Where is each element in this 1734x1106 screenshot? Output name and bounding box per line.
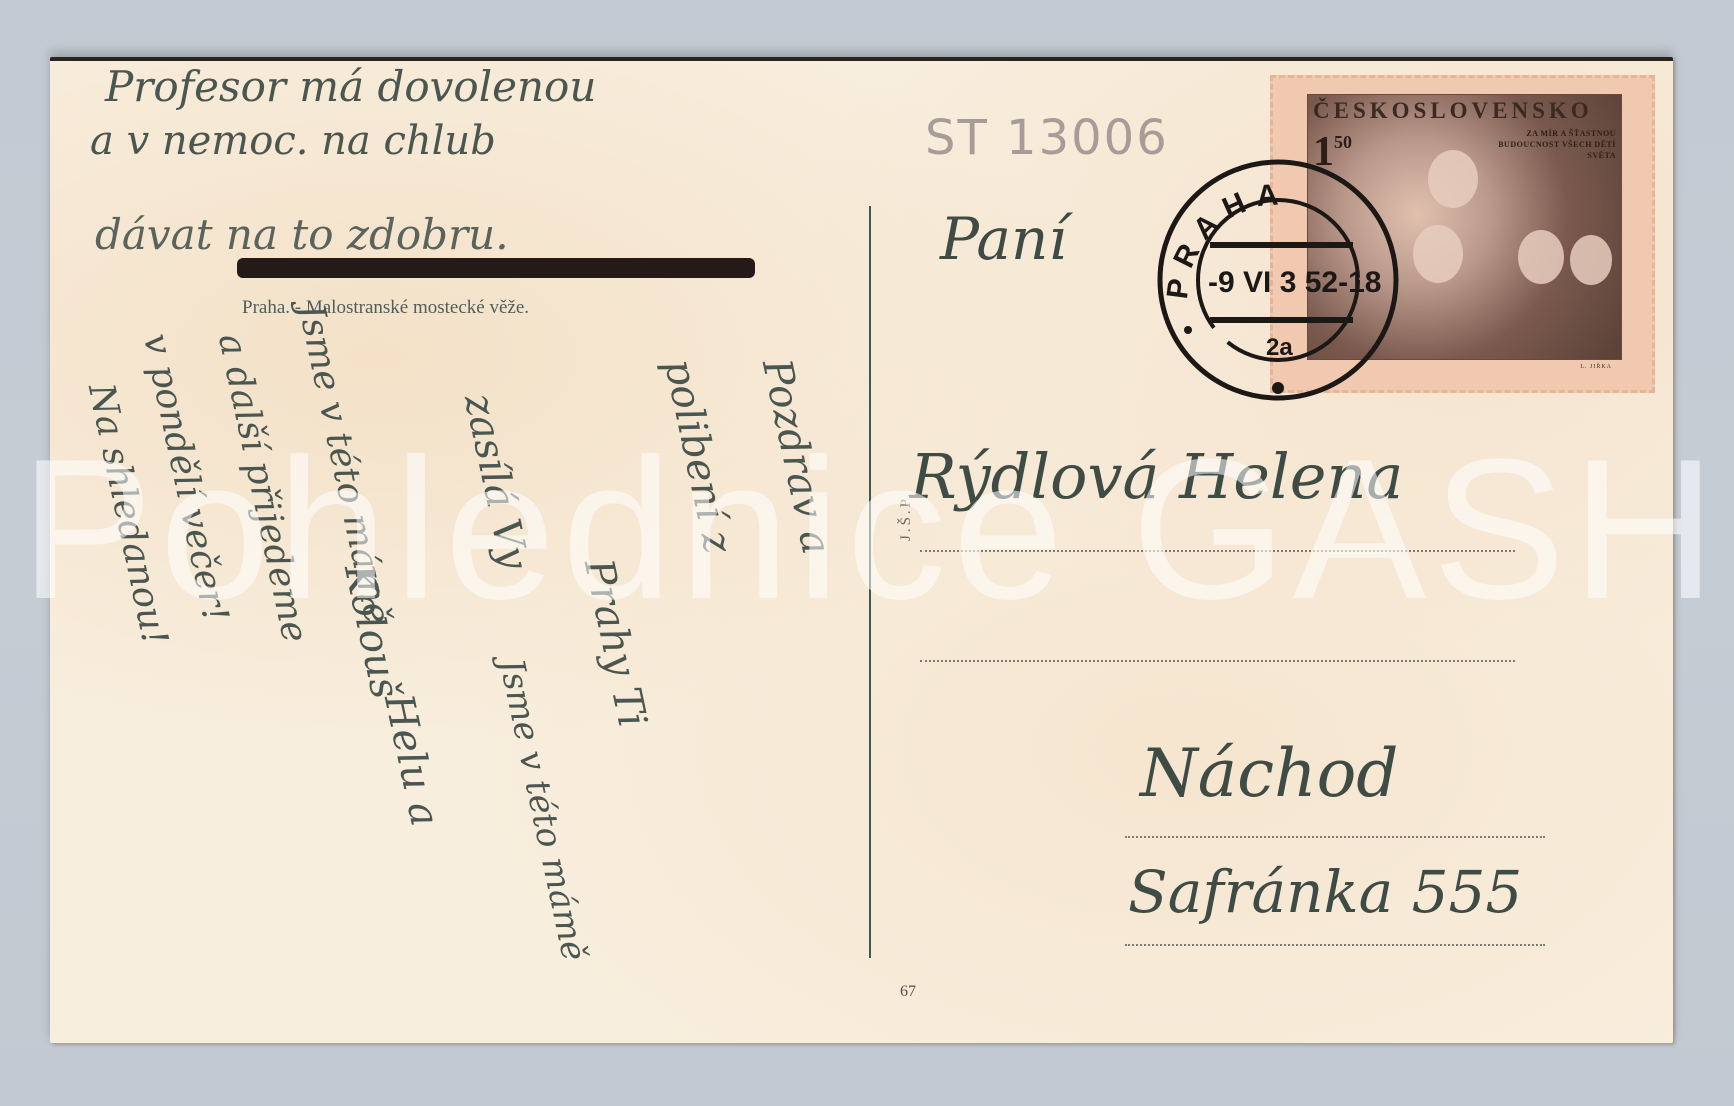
address-dotted-line — [1125, 944, 1545, 946]
pencil-inventory-note: ST 13006 — [925, 110, 1169, 166]
address-name: Rýdlová Helena — [910, 440, 1403, 513]
address-dotted-line — [920, 660, 1515, 662]
printed-caption: Praha. - Malostranské mostecké věže. — [242, 297, 529, 319]
address-dotted-line — [920, 550, 1515, 552]
address-salutation: Paní — [940, 205, 1067, 273]
postmark-date: -9 VI 3 52-18 — [1208, 266, 1381, 299]
stamp-country: ČESKOSLOVENSKO — [1313, 98, 1593, 124]
address-dotted-line — [1125, 836, 1545, 838]
message-line: Profesor má dovolenou — [105, 62, 596, 111]
stamp-child-face — [1518, 230, 1564, 284]
strikeout-bar — [237, 258, 755, 278]
postmark-district: 2a — [1266, 334, 1293, 361]
stamp-child-face — [1428, 150, 1478, 208]
vertical-divider — [869, 206, 871, 958]
stamp-slogan: ZA MÍR A ŠŤASTNOU BUDOUCNOST VŠECH DĚTÍ … — [1476, 128, 1616, 161]
message-line: dávat na to zdobru. — [95, 210, 509, 259]
address-city: Náchod — [1140, 735, 1399, 812]
address-street: Safránka 555 — [1128, 858, 1522, 926]
card-number: 67 — [900, 983, 916, 1001]
stamp-child-face — [1570, 235, 1612, 285]
stamp-value-fraction: 50 — [1334, 132, 1352, 152]
postmark-cancellation: PRAHA -9 VI 3 52-18 2a — [1148, 150, 1408, 410]
stamp-child-face — [1413, 225, 1463, 283]
message-line: a v nemoc. na chlub — [90, 118, 496, 164]
stamp-artist: L. JIŘKA — [1580, 364, 1612, 370]
